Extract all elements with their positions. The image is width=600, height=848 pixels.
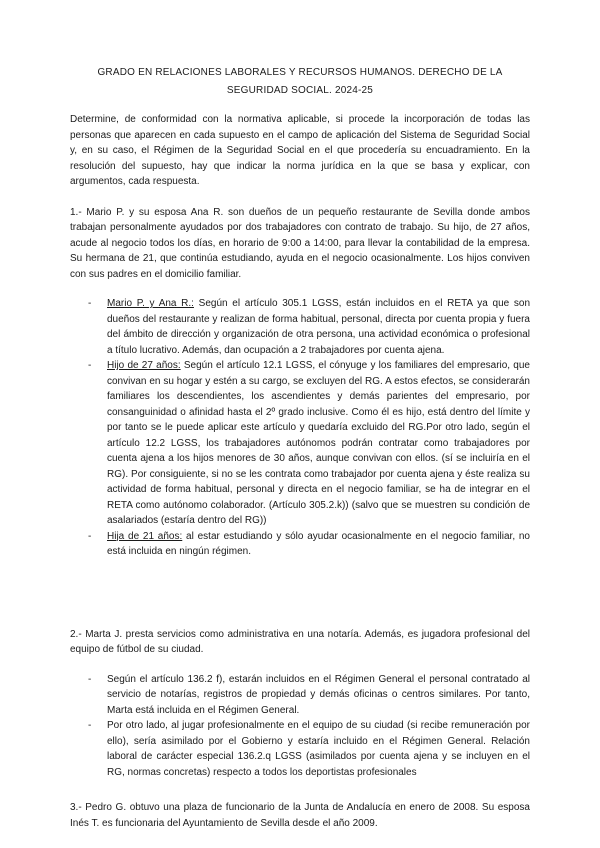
answer-body: Según el artículo 12.1 LGSS, el cónyuge … <box>107 360 530 526</box>
case-1-answer-hija-21: Hija de 21 años: al estar estudiando y s… <box>107 529 530 560</box>
list-item: - Hija de 21 años: al estar estudiando y… <box>70 529 530 560</box>
list-item: - Por otro lado, al jugar profesionalmen… <box>70 718 530 780</box>
case-2-answer-notaria: Según el artículo 136.2 f), estarán incl… <box>107 672 530 719</box>
intro-paragraph: Determine, de conformidad con la normati… <box>70 112 530 190</box>
case-2-answer-futbol: Por otro lado, al jugar profesionalmente… <box>107 718 530 780</box>
bullet-marker: - <box>88 672 107 719</box>
bullet-marker: - <box>88 358 107 529</box>
case-1-paragraph: 1.- Mario P. y su esposa Ana R. son dueñ… <box>70 205 530 283</box>
bullet-marker: - <box>88 296 107 358</box>
bullet-marker: - <box>88 529 107 560</box>
answer-heading: Hija de 21 años: <box>107 531 182 542</box>
list-item: - Hijo de 27 años: Según el artículo 12.… <box>70 358 530 529</box>
list-item: - Mario P. y Ana R.: Según el artículo 3… <box>70 296 530 358</box>
bullet-marker: - <box>88 718 107 780</box>
document-page: GRADO EN RELACIONES LABORALES Y RECURSOS… <box>0 0 600 848</box>
answer-heading: Hijo de 27 años: <box>107 360 181 371</box>
document-title: GRADO EN RELACIONES LABORALES Y RECURSOS… <box>70 64 530 99</box>
case-1-answer-hijo-27: Hijo de 27 años: Según el artículo 12.1 … <box>107 358 530 529</box>
list-item: - Según el artículo 136.2 f), estarán in… <box>70 672 530 719</box>
document-title-line-2: SEGURIDAD SOCIAL. 2024-25 <box>70 82 530 100</box>
case-3-paragraph: 3.- Pedro G. obtuvo una plaza de funcion… <box>70 800 530 831</box>
blank-gap <box>70 560 530 612</box>
case-1-answer-list: - Mario P. y Ana R.: Según el artículo 3… <box>70 296 530 560</box>
case-2-answer-list: - Según el artículo 136.2 f), estarán in… <box>70 672 530 781</box>
answer-heading: Mario P. y Ana R.: <box>107 298 194 309</box>
case-1-answer-mario-ana: Mario P. y Ana R.: Según el artículo 305… <box>107 296 530 358</box>
document-title-line-1: GRADO EN RELACIONES LABORALES Y RECURSOS… <box>70 64 530 82</box>
case-2-paragraph: 2.- Marta J. presta servicios como admin… <box>70 627 530 658</box>
